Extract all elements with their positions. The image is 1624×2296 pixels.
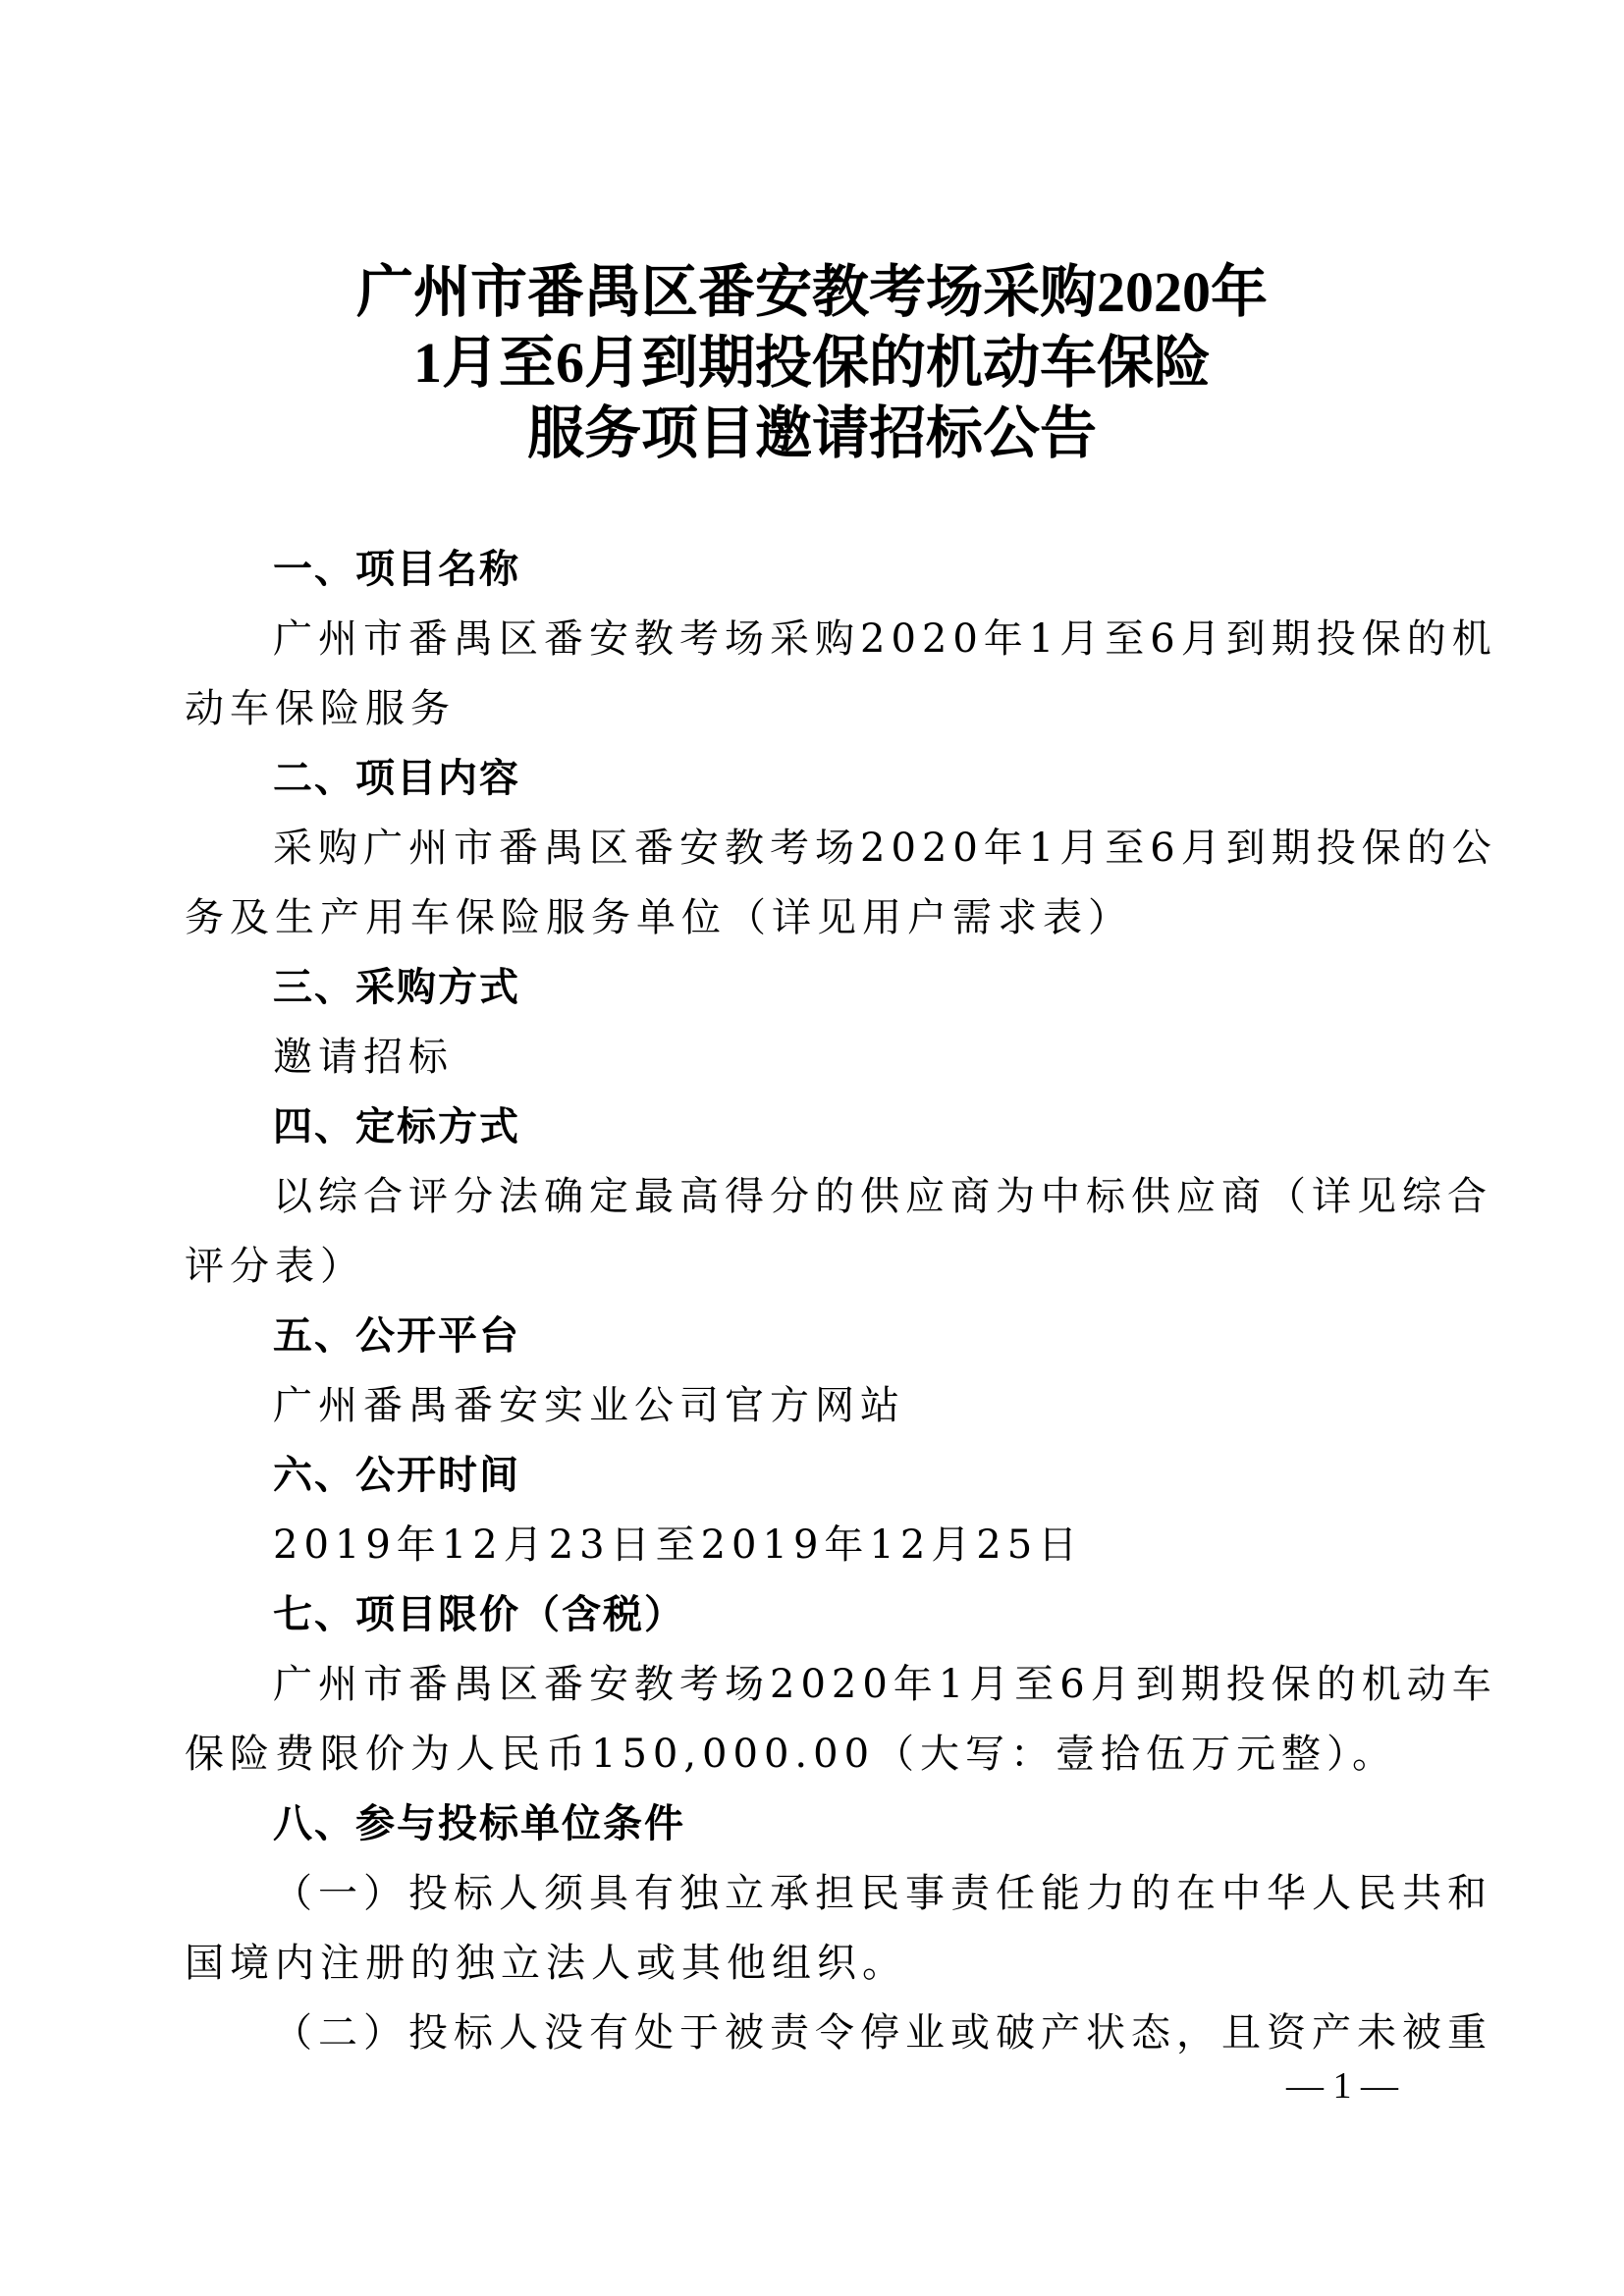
section-heading-bidder-conditions: 八、参与投标单位条件 — [185, 1789, 1443, 1859]
section-text: 广州番禺番安实业公司官方网站 — [185, 1371, 1443, 1441]
section-heading-price-limit: 七、项目限价（含税） — [185, 1580, 1443, 1650]
page-number: — 1 — — [1286, 2061, 1398, 2110]
section-heading-project-name: 一、项目名称 — [185, 535, 1443, 605]
section-text: 2019年12月23日至2019年12月25日 — [185, 1511, 1443, 1580]
section-text: （一）投标人须具有独立承担民事责任能力的在中华人民共和 — [185, 1859, 1443, 1929]
section-text: 国境内注册的独立法人或其他组织。 — [185, 1929, 1443, 1999]
title-line-2: 1月至6月到期投保的机动车保险 — [0, 328, 1624, 399]
title-line-3: 服务项目邀请招标公告 — [0, 399, 1624, 469]
section-heading-project-content: 二、项目内容 — [185, 744, 1443, 814]
document-title: 广州市番禺区番安教考场采购2020年 1月至6月到期投保的机动车保险 服务项目邀… — [0, 257, 1624, 469]
title-line-1: 广州市番禺区番安教考场采购2020年 — [0, 257, 1624, 328]
document-body: 一、项目名称 广州市番禺区番安教考场采购2020年1月至6月到期投保的机 动车保… — [185, 535, 1443, 2068]
section-heading-publication-time: 六、公开时间 — [185, 1441, 1443, 1511]
section-heading-procurement-method: 三、采购方式 — [185, 953, 1443, 1023]
section-text: 评分表） — [185, 1232, 1443, 1302]
section-text: 以综合评分法确定最高得分的供应商为中标供应商（详见综合 — [185, 1162, 1443, 1232]
section-heading-award-method: 四、定标方式 — [185, 1093, 1443, 1162]
section-text: （二）投标人没有处于被责令停业或破产状态，且资产未被重 — [185, 1999, 1443, 2068]
section-text: 邀请招标 — [185, 1023, 1443, 1093]
section-text: 务及生产用车保险服务单位（详见用户需求表） — [185, 883, 1443, 953]
section-text: 保险费限价为人民币150,000.00（大写：壹拾伍万元整）。 — [185, 1720, 1443, 1789]
section-text: 广州市番禺区番安教考场采购2020年1月至6月到期投保的机 — [185, 605, 1443, 674]
section-text: 采购广州市番禺区番安教考场2020年1月至6月到期投保的公 — [185, 814, 1443, 883]
section-heading-platform: 五、公开平台 — [185, 1302, 1443, 1371]
section-text: 广州市番禺区番安教考场2020年1月至6月到期投保的机动车 — [185, 1650, 1443, 1720]
section-text: 动车保险服务 — [185, 674, 1443, 744]
